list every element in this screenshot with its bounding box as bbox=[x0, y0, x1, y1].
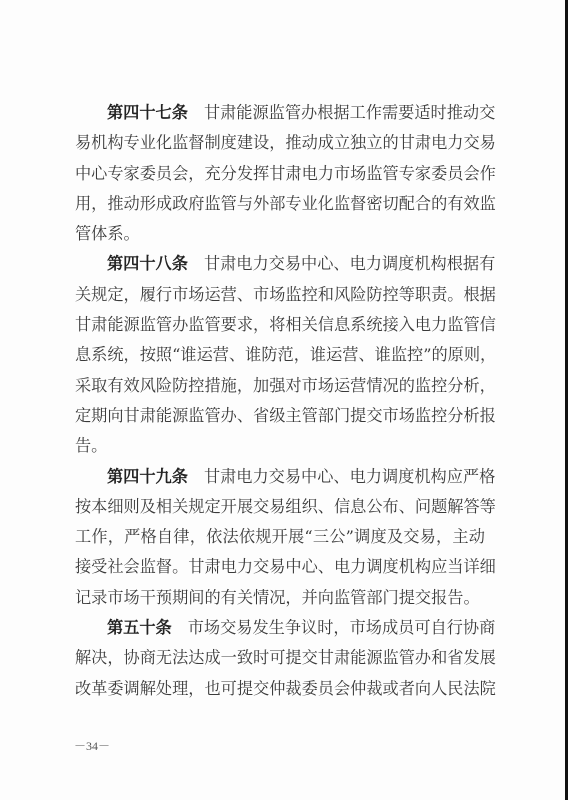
text-line: 接受社会监督。甘肃电力交易中心、电力调度机构应当详细 bbox=[75, 552, 485, 582]
text-line: 解决，协商无法达成一致时可提交甘肃能源监管办和省发展 bbox=[75, 643, 485, 673]
text-line: 按本细则及相关规定开展交易组织、信息公布、问题解答等 bbox=[75, 492, 485, 522]
text-line: 工作，严格自律，依法依规开展“三公”调度及交易，主动 bbox=[75, 522, 485, 552]
article-47-heading-line: 第四十七条甘肃能源监管办根据工作需要适时推动交 bbox=[75, 98, 485, 128]
text-line: 用，推动形成政府监管与外部专业化监督密切配合的有效监 bbox=[75, 189, 485, 219]
text-line: 记录市场干预期间的有关情况，并向监管部门提交报告。 bbox=[75, 583, 485, 613]
article-50-first-line: 市场交易发生争议时，市场成员可自行协商 bbox=[188, 618, 496, 637]
text-line: 中心专家委员会，充分发挥甘肃电力市场监管专家委员会作 bbox=[75, 159, 485, 189]
article-50-heading-line: 第五十条市场交易发生争议时，市场成员可自行协商 bbox=[75, 613, 485, 643]
article-49-heading-line: 第四十九条甘肃电力交易中心、电力调度机构应严格 bbox=[75, 462, 485, 492]
article-49-title: 第四十九条 bbox=[107, 467, 188, 486]
text-line: 甘肃能源监管办监管要求，将相关信息系统接入电力监管信 bbox=[75, 310, 485, 340]
article-48-first-line: 甘肃电力交易中心、电力调度机构根据有 bbox=[204, 254, 495, 273]
article-48-title: 第四十八条 bbox=[107, 254, 188, 273]
text-line: 关规定，履行市场运营、市场监控和风险防控等职责。根据 bbox=[75, 280, 485, 310]
text-line: 告。 bbox=[75, 431, 485, 461]
page-number: －34－ bbox=[74, 737, 110, 754]
article-49-first-line: 甘肃电力交易中心、电力调度机构应严格 bbox=[204, 467, 495, 486]
text-line: 改革委调解处理，也可提交仲裁委员会仲裁或者向人民法院 bbox=[75, 674, 485, 704]
article-47-title: 第四十七条 bbox=[107, 103, 188, 122]
text-line: 息系统，按照“谁运营、谁防范，谁运营、谁监控”的原则， bbox=[75, 340, 485, 370]
article-47-first-line: 甘肃能源监管办根据工作需要适时推动交 bbox=[204, 103, 495, 122]
text-line: 易机构专业化监督制度建设，推动成立独立的甘肃电力交易 bbox=[75, 128, 485, 158]
document-body: 第四十七条甘肃能源监管办根据工作需要适时推动交 易机构专业化监督制度建设，推动成… bbox=[75, 98, 485, 704]
text-line: 定期向甘肃能源监管办、省级主管部门提交市场监控分析报 bbox=[75, 401, 485, 431]
article-50-title: 第五十条 bbox=[107, 618, 172, 637]
article-48-heading-line: 第四十八条甘肃电力交易中心、电力调度机构根据有 bbox=[75, 249, 485, 279]
text-line: 管体系。 bbox=[75, 219, 485, 249]
document-page: 第四十七条甘肃能源监管办根据工作需要适时推动交 易机构专业化监督制度建设，推动成… bbox=[0, 0, 566, 800]
text-line: 采取有效风险防控措施，加强对市场运营情况的监控分析， bbox=[75, 371, 485, 401]
